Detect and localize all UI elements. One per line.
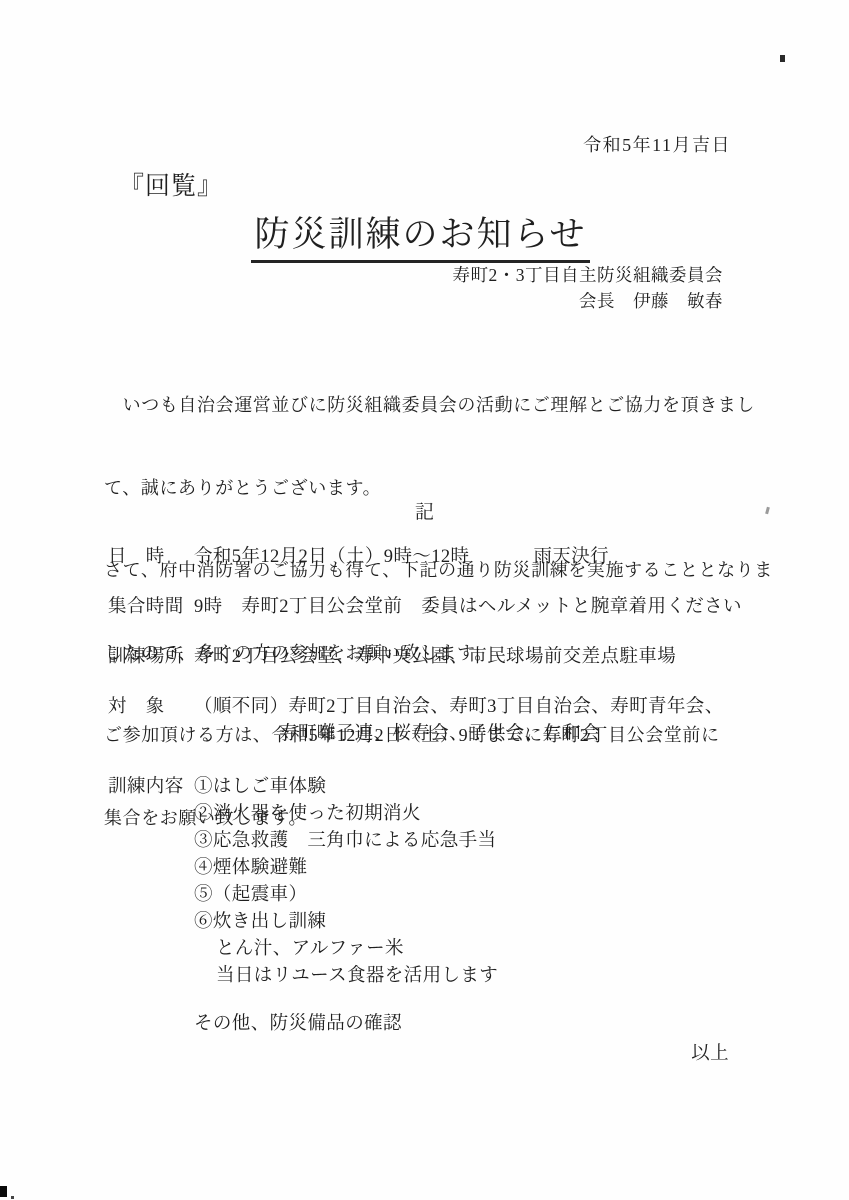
datetime-label: 日 時 [108, 544, 194, 571]
target-row: 対 象 （順不同）寿町2丁目自治会、寿町3丁目自治会、寿町青年会、 寿町囃子連、… [108, 694, 769, 748]
meeting-time-label: 集合時間 [108, 594, 194, 621]
greeting-line: いつも自治会運営並びに防災組織委員会の活動にご理解とご協力を頂きまし [104, 392, 779, 420]
scan-corner-artifact [0, 1186, 7, 1197]
training-item: ④煙体験避難 [194, 855, 769, 882]
training-content-row: 訓練内容 ①はしご車体験 ②消火器を使った初期消火 ③応急救護 三角巾による応急… [108, 774, 769, 1038]
training-item: ③応急救護 三角巾による応急手当 [194, 828, 769, 855]
training-content-label: 訓練内容 [108, 774, 194, 801]
chairman-name: 会長 伊藤 敏春 [453, 288, 724, 314]
training-place-row: 訓練場所 寿町2丁目公会堂、寿中央公園、市民球場前交差点駐車場 [108, 644, 769, 671]
target-line: （順不同）寿町2丁目自治会、寿町3丁目自治会、寿町青年会、 [194, 694, 769, 721]
datetime-value: 令和5年12月2日（土）9時～12時 [194, 544, 469, 571]
details-section: 日 時 令和5年12月2日（土）9時～12時 雨天決行 集合時間 9時 寿町2丁… [108, 544, 769, 1068]
meeting-time-value: 9時 寿町2丁目公会堂前 委員はヘルメットと腕章着用ください [194, 594, 769, 621]
target-line: 寿町囃子連、桜寿会、子供会、仁和会 [279, 721, 769, 748]
target-label: 対 象 [108, 694, 194, 721]
training-place-value: 寿町2丁目公会堂、寿中央公園、市民球場前交差点駐車場 [194, 644, 769, 671]
scanned-notice-page: 令和5年11月吉日 『回覧』 防災訓練のお知らせ 寿町2・3丁目自主防災組織委員… [0, 0, 849, 1200]
issuer-block: 寿町2・3丁目自主防災組織委員会 会長 伊藤 敏春 [453, 262, 724, 314]
scan-corner-artifact [11, 1196, 14, 1199]
circulation-label: 『回覧』 [119, 166, 223, 202]
training-place-label: 訓練場所 [108, 644, 194, 671]
training-sub-item: 当日はリユース食器を活用します [216, 963, 769, 990]
training-item: ②消火器を使った初期消火 [194, 801, 769, 828]
scan-speck-artifact [780, 55, 785, 62]
closing-marker: 以上 [108, 1041, 769, 1068]
training-content-value: ①はしご車体験 ②消火器を使った初期消火 ③応急救護 三角巾による応急手当 ④煙… [194, 774, 769, 1038]
training-sub-item: とん汁、アルファー米 [216, 936, 769, 963]
training-item: ①はしご車体験 [194, 774, 769, 801]
organization-name: 寿町2・3丁目自主防災組織委員会 [453, 262, 724, 288]
training-item: ⑤（起震車） [194, 882, 769, 909]
training-extra-note: その他、防災備品の確認 [194, 1011, 769, 1038]
document-title: 防災訓練のお知らせ [251, 207, 591, 263]
training-item: ⑥炊き出し訓練 [194, 909, 769, 936]
issue-date: 令和5年11月吉日 [583, 131, 731, 157]
title-container: 防災訓練のお知らせ [0, 207, 841, 263]
weather-note: 雨天決行 [533, 544, 609, 571]
target-value: （順不同）寿町2丁目自治会、寿町3丁目自治会、寿町青年会、 寿町囃子連、桜寿会、… [194, 694, 769, 748]
meeting-time-row: 集合時間 9時 寿町2丁目公会堂前 委員はヘルメットと腕章着用ください [108, 594, 769, 621]
record-marker: 記 [0, 497, 849, 524]
datetime-row: 日 時 令和5年12月2日（土）9時～12時 雨天決行 [108, 544, 769, 571]
